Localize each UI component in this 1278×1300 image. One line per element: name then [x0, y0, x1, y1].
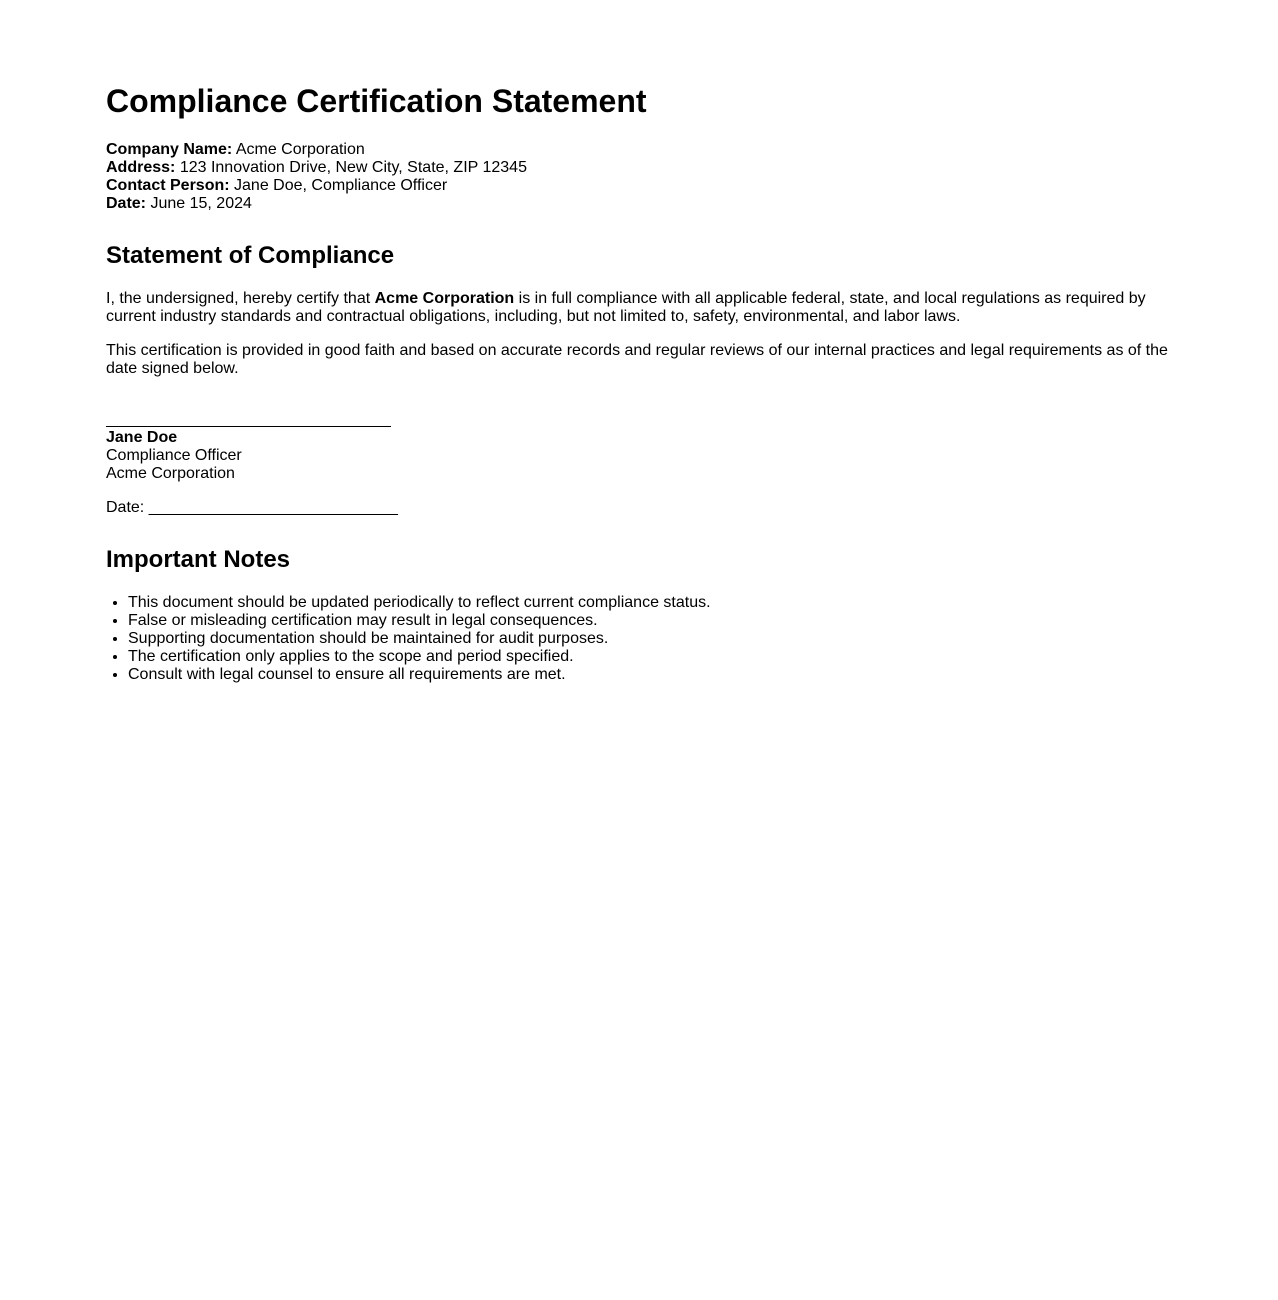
info-value: 123 Innovation Drive, New City, State, Z… — [180, 159, 527, 176]
signature-date-label: Date: — [106, 499, 149, 516]
info-value: June 15, 2024 — [150, 195, 251, 212]
info-value: Jane Doe, Compliance Officer — [234, 177, 447, 194]
info-label: Address: — [106, 159, 175, 176]
info-label: Company Name: — [106, 141, 232, 158]
statement-text-before: I, the undersigned, hereby certify that — [106, 290, 375, 307]
info-contact-person: Contact Person: Jane Doe, Compliance Off… — [106, 177, 1172, 195]
company-info-block: Company Name: Acme Corporation Address: … — [106, 141, 1172, 213]
signature-date-blank: ____________________________ — [149, 499, 398, 516]
list-item: The certification only applies to the sc… — [128, 648, 1172, 666]
list-item: This document should be updated periodic… — [128, 594, 1172, 612]
info-company-name: Company Name: Acme Corporation — [106, 141, 1172, 159]
notes-heading: Important Notes — [106, 546, 1172, 574]
list-item: False or misleading certification may re… — [128, 612, 1172, 630]
signature-line — [106, 426, 391, 427]
statement-heading: Statement of Compliance — [106, 242, 1172, 270]
statement-company-name: Acme Corporation — [375, 290, 515, 307]
signature-block: Jane Doe Compliance Officer Acme Corpora… — [106, 426, 1172, 517]
list-item: Consult with legal counsel to ensure all… — [128, 666, 1172, 684]
statement-paragraph-2: This certification is provided in good f… — [106, 342, 1176, 378]
document-page: Compliance Certification Statement Compa… — [0, 0, 1278, 684]
statement-paragraph-1: I, the undersigned, hereby certify that … — [106, 290, 1176, 326]
info-label: Date: — [106, 195, 146, 212]
info-label: Contact Person: — [106, 177, 230, 194]
info-value: Acme Corporation — [236, 141, 365, 158]
signer-title: Compliance Officer — [106, 447, 1172, 465]
list-item: Supporting documentation should be maint… — [128, 630, 1172, 648]
signer-company: Acme Corporation — [106, 465, 1172, 483]
document-title: Compliance Certification Statement — [106, 83, 1172, 120]
info-date: Date: June 15, 2024 — [106, 195, 1172, 213]
signer-name: Jane Doe — [106, 429, 1172, 447]
notes-list: This document should be updated periodic… — [106, 594, 1172, 684]
info-address: Address: 123 Innovation Drive, New City,… — [106, 159, 1172, 177]
signature-date-line: Date: ____________________________ — [106, 499, 1172, 517]
